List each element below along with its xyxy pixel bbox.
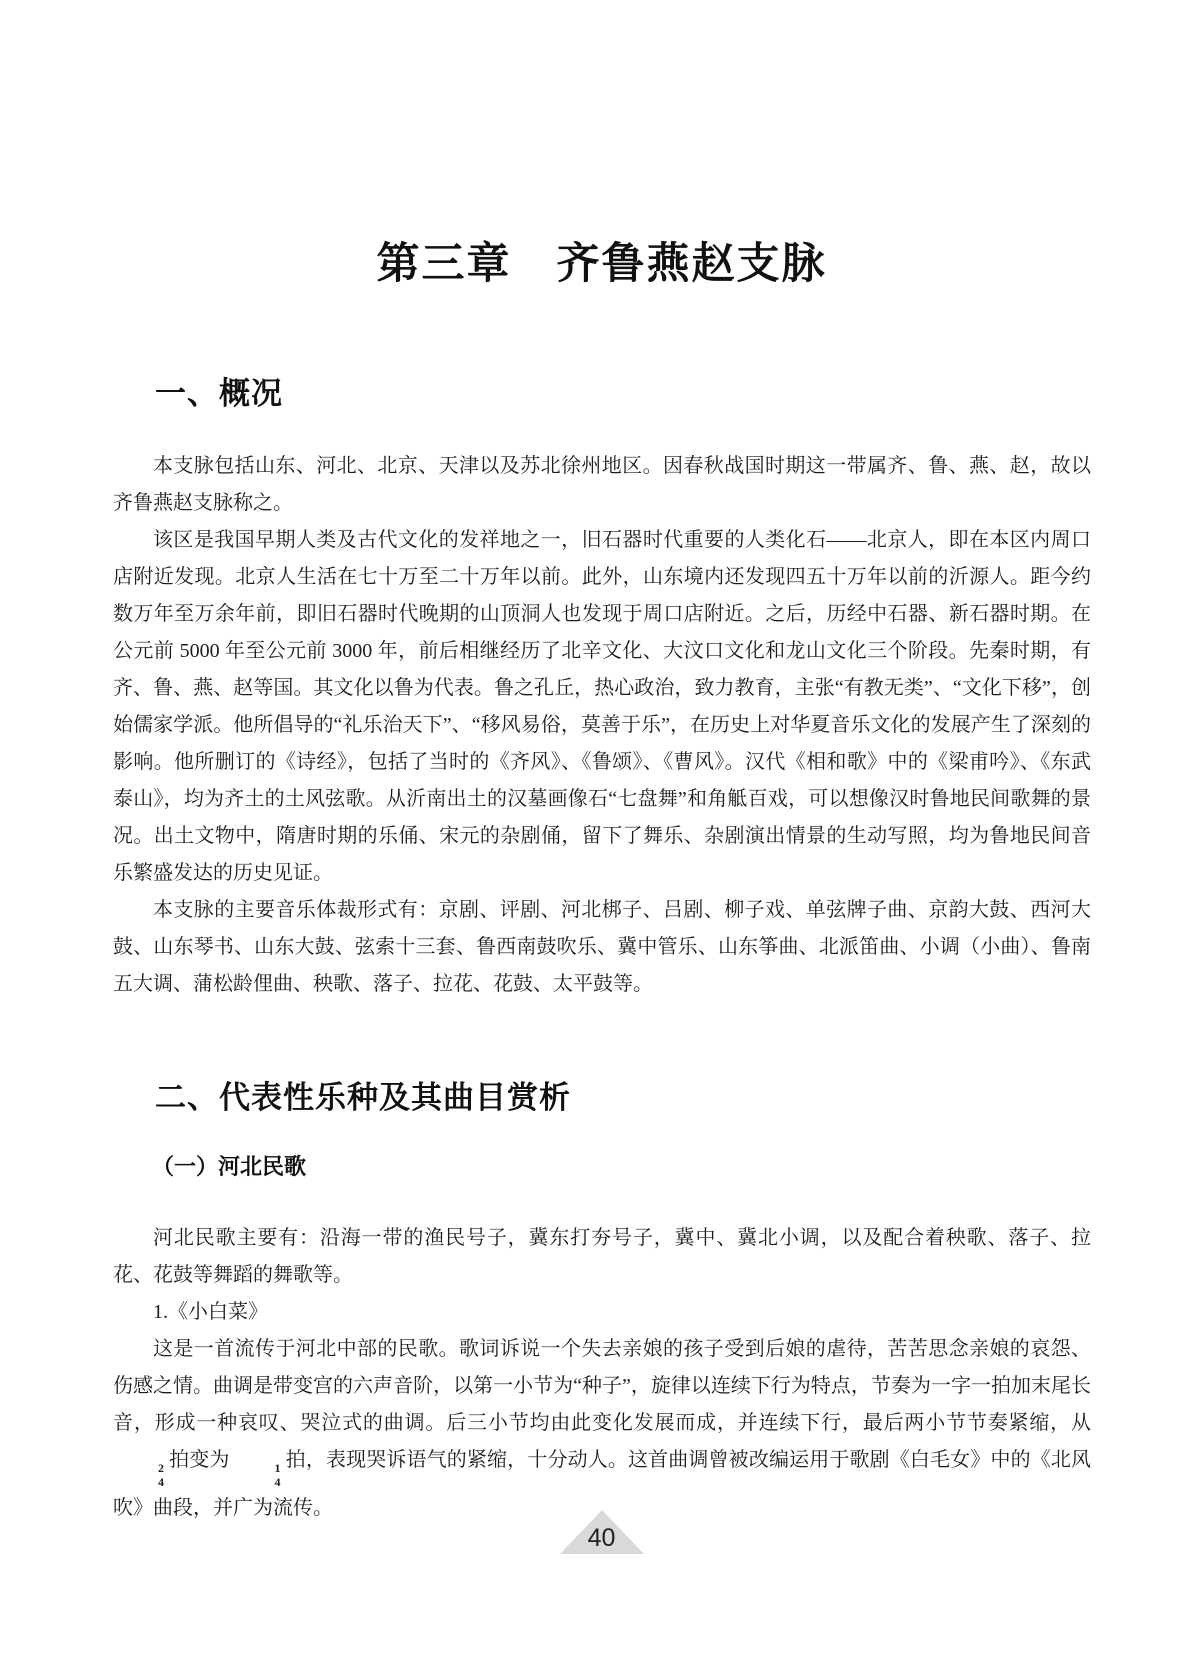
- section-heading-representative-genres: 二、代表性乐种及其曲目赏析: [155, 1072, 571, 1117]
- footer: 40: [0, 1510, 1203, 1554]
- section2-body: 河北民歌主要有：沿海一带的渔民号子，冀东打夯号子，冀中、冀北小调，以及配合着秧歌…: [113, 1220, 1091, 1527]
- chapter-title: 第三章 齐鲁燕赵支脉: [0, 230, 1203, 291]
- paragraph-history: 该区是我国早期人类及古代文化的发祥地之一，旧石器时代重要的人类化石——北京人，即…: [113, 522, 1091, 892]
- book-page: 第三章 齐鲁燕赵支脉 一、概况 本支脉包括山东、河北、北京、天津以及苏北徐州地区…: [0, 0, 1203, 1675]
- subsection-heading-hebei-folksong: （一）河北民歌: [152, 1150, 306, 1181]
- time-signature-to: 14: [235, 1462, 281, 1490]
- analysis-text-part1: 这是一首流传于河北中部的民歌。歌词诉说一个失去亲娘的孩子受到后娘的虐待，苦苦思念…: [113, 1338, 1091, 1434]
- paragraph-hebei-intro: 河北民歌主要有：沿海一带的渔民号子，冀东打夯号子，冀中、冀北小调，以及配合着秧歌…: [113, 1220, 1091, 1294]
- paragraph-genres: 本支脉的主要音乐体裁形式有：京剧、评剧、河北梆子、吕剧、柳子戏、单弦牌子曲、京韵…: [113, 892, 1091, 1003]
- time-signature-to-numerator: 1: [235, 1462, 281, 1476]
- page-number: 40: [560, 1524, 644, 1553]
- section-heading-overview: 一、概况: [155, 368, 283, 413]
- time-signature-from-numerator: 2: [118, 1462, 164, 1476]
- section1-body: 本支脉包括山东、河北、北京、天津以及苏北徐州地区。因春秋战国时期这一带属齐、鲁、…: [113, 448, 1091, 1003]
- time-signature-from-denominator: 4: [118, 1476, 164, 1490]
- time-signature-from: 24: [118, 1462, 164, 1490]
- paragraph-region-scope: 本支脉包括山东、河北、北京、天津以及苏北徐州地区。因春秋战国时期这一带属齐、鲁、…: [113, 448, 1091, 522]
- song-item-title: 1.《小白菜》: [113, 1294, 1091, 1331]
- time-signature-to-denominator: 4: [235, 1476, 281, 1490]
- analysis-text-part2: 拍变为: [169, 1449, 230, 1471]
- page-number-mark: 40: [560, 1510, 644, 1554]
- paragraph-xiaobaicai-analysis: 这是一首流传于河北中部的民歌。歌词诉说一个失去亲娘的孩子受到后娘的虐待，苦苦思念…: [113, 1331, 1091, 1527]
